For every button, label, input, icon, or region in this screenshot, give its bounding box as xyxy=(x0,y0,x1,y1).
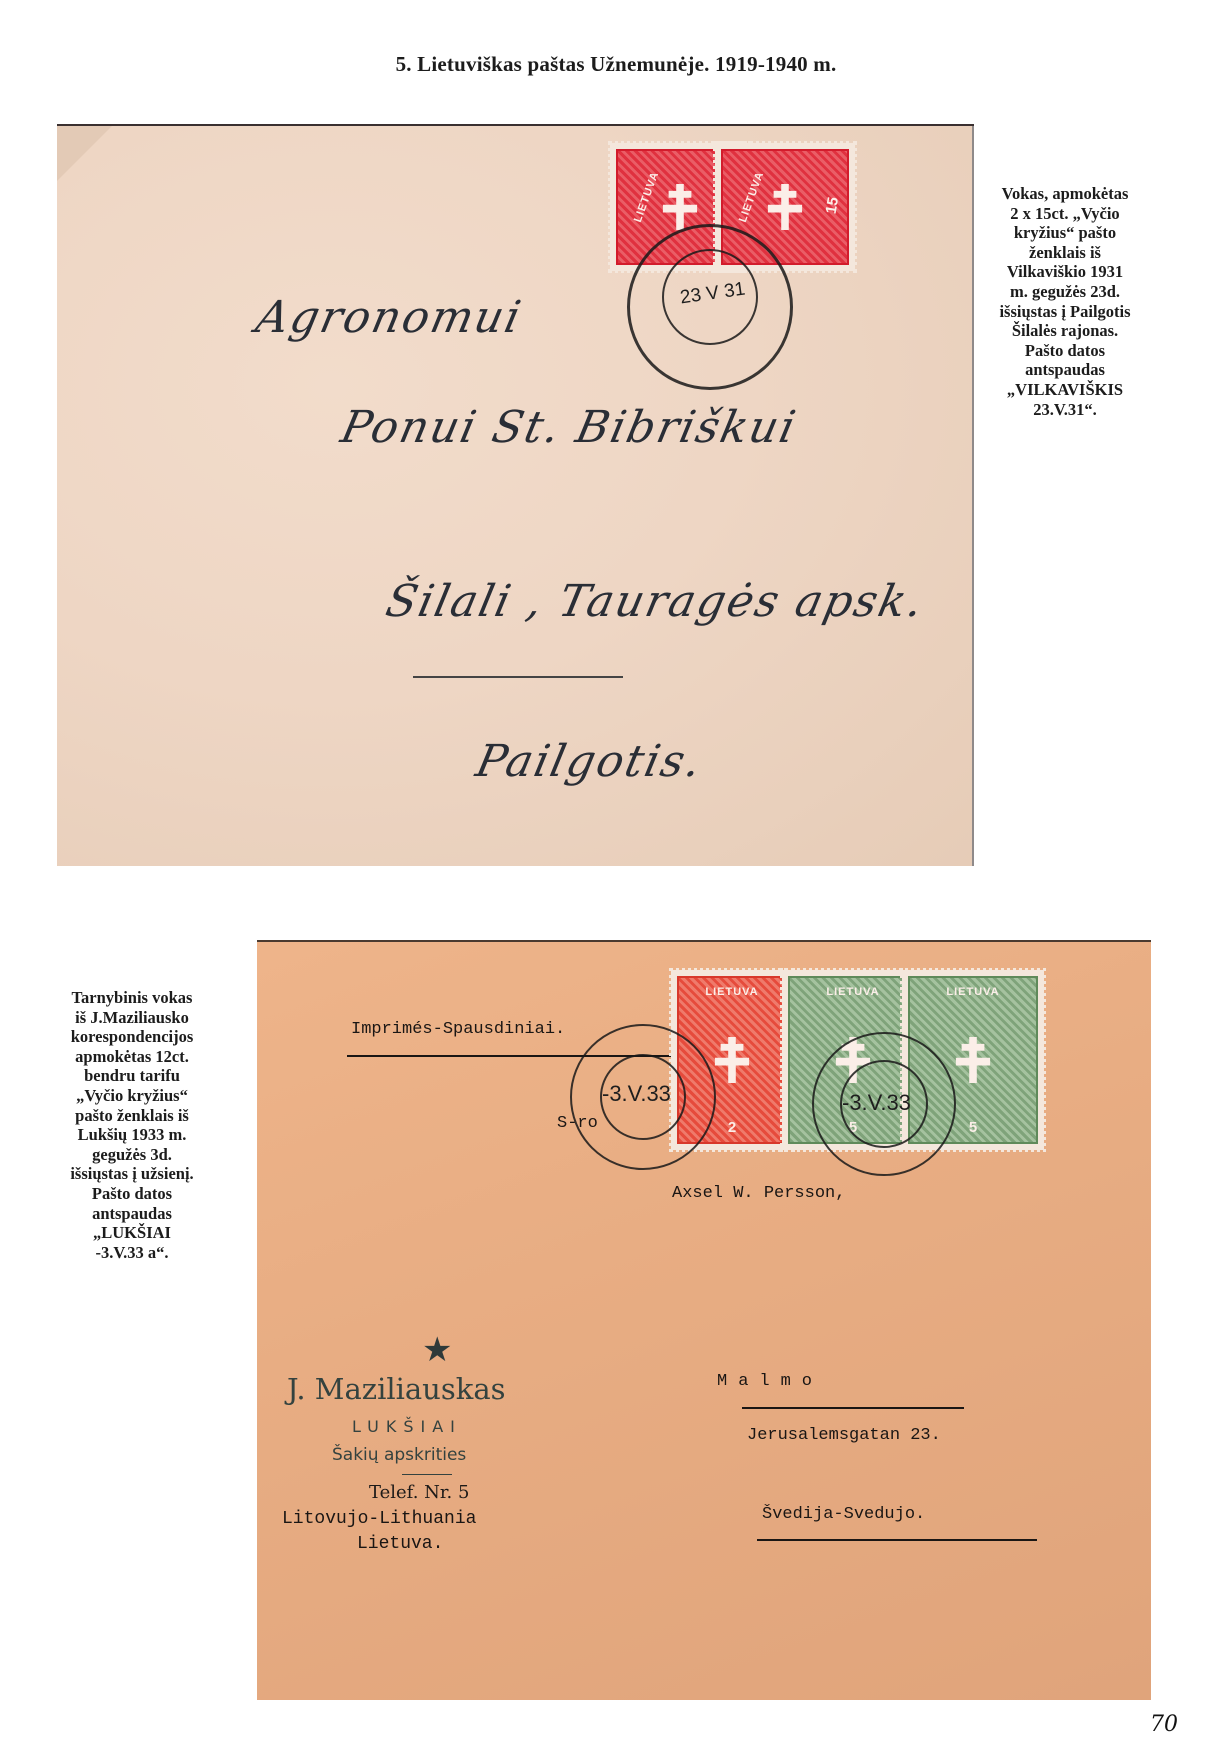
postmark-date: -3.V.33 xyxy=(842,1090,911,1116)
double-cross-icon xyxy=(661,184,699,230)
sender-phone: Telef. Nr. 5 xyxy=(369,1482,469,1503)
addressee-salutation: S-ro xyxy=(557,1114,598,1133)
sender-country: Litovujo-Lithuania xyxy=(282,1509,476,1529)
postmark-vilkaviskis: 23 V 31 xyxy=(627,224,793,390)
sender-town: LUKŠIAI xyxy=(352,1417,462,1436)
country-underline xyxy=(757,1539,1037,1541)
sender-country-native: Lietuva. xyxy=(357,1534,443,1554)
handwritten-underline xyxy=(413,676,623,678)
stamp-country: LIETUVA xyxy=(737,170,766,224)
cover2-envelope: Imprimés-Spausdiniai. LIETUVA 2 LIETUVA … xyxy=(257,940,1151,1700)
postmark-luksiai-2: -3.V.33 xyxy=(812,1032,956,1176)
handwritten-line-1: Agronomui xyxy=(252,292,527,343)
cover2-caption: Tarnybinis vokas iš J.Maziliausko koresp… xyxy=(32,988,232,1262)
postmark-luksiai-1: -3.V.33 xyxy=(570,1024,716,1170)
stamp-country: LIETUVA xyxy=(632,170,661,224)
addressee-name: Axsel W. Persson, xyxy=(672,1184,845,1203)
double-cross-icon xyxy=(766,184,804,230)
cover1-envelope: LIETUVA 15 LIETUVA 15 23 V 31 Agronomui … xyxy=(57,124,974,866)
stamp-value: 15 xyxy=(823,196,843,215)
corner-fold xyxy=(57,126,112,181)
stamp-country: LIETUVA xyxy=(790,986,916,998)
page-title: 5. Lietuviškas paštas Užnemunėje. 1919-1… xyxy=(0,52,1232,77)
star-icon: ★ xyxy=(422,1334,452,1368)
addressee-country: Švedija-Svedujo. xyxy=(762,1505,925,1524)
addressee-street: Jerusalemsgatan 23. xyxy=(747,1426,941,1445)
handwritten-line-3: Šilali , Tauragės apsk. xyxy=(382,576,930,627)
printed-matter-label: Imprimés-Spausdiniai. xyxy=(351,1020,565,1039)
double-cross-icon xyxy=(954,1037,992,1083)
addressee-city: Malmo xyxy=(717,1372,823,1391)
cover1-caption: Vokas, apmokėtas 2 x 15ct. „Vyčio kryžiu… xyxy=(975,184,1155,419)
stamp-country: LIETUVA xyxy=(679,986,785,998)
handwritten-line-2: Ponui St. Bibriškui xyxy=(337,402,802,453)
sender-name: J. Maziliauskas xyxy=(287,1372,506,1406)
handwritten-line-4: Pailgotis. xyxy=(472,736,708,787)
postmark-date: -3.V.33 xyxy=(602,1081,671,1107)
sender-divider xyxy=(402,1474,452,1475)
double-cross-icon xyxy=(713,1037,751,1083)
city-underline xyxy=(742,1407,964,1409)
page-number: 70 xyxy=(1150,1712,1178,1737)
sender-county: Šakių apskrities xyxy=(332,1445,466,1465)
stamp-country: LIETUVA xyxy=(910,986,1036,998)
